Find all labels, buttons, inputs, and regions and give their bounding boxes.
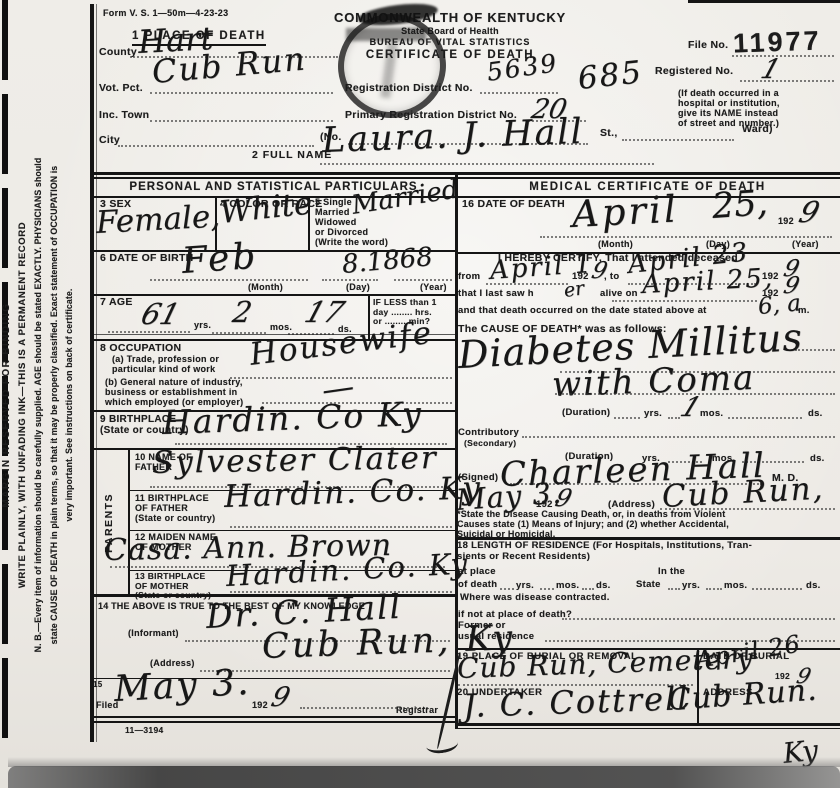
parents-cell-divider [128,448,130,594]
filed-year-printed: 192 [252,700,268,710]
date-of-death-line [540,236,832,238]
duration-line [728,417,802,419]
registered-no-line [740,80,834,82]
date-of-birth-label: 6 DATE OF BIRTH [100,253,194,265]
filed-date-value: May 3. [113,665,251,708]
attended-to-label: , to [604,272,619,283]
last-saw-label: that I last saw h [458,289,534,300]
filed-year-digit: 9 [268,684,292,711]
duration-mos-caption: mos. [700,409,723,420]
last-saw-er: er [563,279,586,301]
occupation-label: 8 OCCUPATION [100,343,181,355]
full-name-line [320,163,654,165]
double-rule-bottom [92,177,840,179]
at-place-label: at place [458,567,496,578]
dob-line [150,279,308,281]
margin-nb-note-line2: state CAUSE OF DEATH in plain terms, so … [50,166,60,645]
death-occurred-label: and that death occurred on the date stat… [458,306,707,317]
undertaker-value: J. C. Cottrell [462,682,690,722]
death-certificate-scan: MARGIN RESERVED FOR BINDING WRITE PLAINL… [0,0,840,788]
attended-from-label: from [458,272,480,283]
usual-residence-label: usual residence [458,632,534,643]
residence-line [752,588,802,590]
age-label: 7 AGE [100,297,133,309]
residence-line [500,588,514,590]
age-line [108,331,190,333]
residence-ds-caption: ds. [596,581,611,592]
registrar-label: Registrar [396,705,438,715]
registration-district-label: Registration District No. [345,83,473,95]
inc-town-label: Inc. Town [99,110,149,122]
contributory-line [522,436,835,438]
father-birthplace-label: 11 BIRTHPLACE OF FATHER (State or countr… [135,493,215,523]
registrar-signature-hook [425,734,459,755]
cause-footnote: *State the Disease Causing Death, or, in… [457,509,729,539]
street-label: St., [600,128,618,140]
dob-line [322,279,378,281]
death-day-value: 25, [711,186,769,225]
form-number: Form V. S. 1—50m—4-23-23 [103,8,228,18]
if-not-line [562,618,835,620]
city-label: City [99,135,120,147]
residence-mos-caption: mos. [556,581,579,592]
row-rule [92,294,455,296]
last-saw-line [612,300,757,302]
commonwealth-title: COMMONWEALTH OF KENTUCKY [300,11,600,26]
year-caption: (Year) [420,282,447,292]
document-left-border [90,4,94,742]
year-caption: (Year) [792,239,819,249]
residence-state-yrs-caption: yrs. [682,581,700,592]
in-the-label: In the [658,567,685,578]
vot-pct-label: Vot. Pct. [99,83,143,95]
death-month-value: April [571,190,680,233]
bottom-double-rule [92,721,455,723]
informant-label: (Informant) [128,628,179,638]
registration-district-extra-value: 685 [576,57,644,95]
inc-town-line [150,120,333,122]
father-birthplace-line [230,526,452,528]
death-year-digit: 9 [796,198,823,227]
margin-write-plainly-note: WRITE PLAINLY, WITH UNFADING INK—THIS IS… [18,222,29,588]
of-death-label: of death [458,580,497,591]
undertaker-address-value: Cub Run. [667,676,819,716]
residence-line [668,588,680,590]
board-of-health-title: State Board of Health [300,26,600,36]
scan-edge-band [8,766,840,788]
mos-caption: mos. [270,322,292,332]
duration-line [614,417,640,419]
bottom-heavy-rule [455,723,840,726]
residence-line [582,588,594,590]
bottom-heavy-rule [455,728,840,729]
day-caption: (Day) [346,282,370,292]
bottom-double-rule [92,716,455,718]
duration-yrs-caption: yrs. [644,409,662,420]
full-name-label: 2 FULL NAME [252,150,332,162]
double-rule-top [92,172,840,175]
where-contracted-label: Where was disease contracted. [460,593,610,604]
dob-day-year-value: 8.1868 [341,244,434,278]
cause-of-death-line2: with Coma [551,361,755,402]
full-name-value: Laura. J. Hall [321,115,584,159]
month-caption: (Month) [598,239,633,249]
margin-nb-note-line1: N. B.—Every item of information should b… [34,158,44,653]
duration-ds-caption: ds. [808,409,823,420]
top-right-edge-line [688,0,840,3]
residence-state-label: State [636,580,661,591]
city-line [118,145,314,147]
month-caption: (Month) [248,282,283,292]
file-no-label: File No. [688,40,728,52]
attended-from-line [486,283,568,285]
color-race-value: White [218,188,313,229]
yrs-caption: yrs. [194,320,211,330]
secondary-label: (Secondary) [464,439,516,449]
residence-line [706,588,722,590]
registered-no-label: Registered No. [655,66,733,78]
residence-line [540,588,554,590]
street-line [622,139,734,141]
age-years-value: 61 [138,300,183,329]
father-birthplace-value: Hardin. Co. Ky [223,473,482,513]
residence-yrs-caption: yrs. [516,581,534,592]
residence-state-ds-caption: ds. [806,581,821,592]
occupation-a-label: (a) Trade, profession or particular kind… [112,354,219,374]
ward-label: Ward) [742,124,773,136]
age-days-value: 17 [301,298,347,327]
length-of-residence-label: 18 LENGTH OF RESIDENCE (For Hospitals, I… [457,541,752,562]
sex-value: Female, [95,202,221,239]
document-left-border-inner [96,4,97,742]
margin-nb-note-line3: very important. See instructions on back… [65,289,75,522]
signed-address-value: Cub Run, [661,474,825,513]
filed-item-number: 15 [93,681,103,690]
margin-binding-note: MARGIN RESERVED FOR BINDING [1,303,12,508]
death-year-printed: 192 [778,216,794,226]
date-of-burial-value: April 26 [694,632,802,672]
residence-state-mos-caption: mos. [724,581,747,592]
birthplace-value: Hardin. Co Ky [161,397,423,439]
dob-line [394,279,452,281]
alive-on-label: alive on [600,289,638,300]
age-months-value: 2 [230,298,254,327]
registered-no-value: 1 [758,56,784,83]
margin-text-block: MARGIN RESERVED FOR BINDING WRITE PLAINL… [1,45,75,765]
vot-pct-line [150,92,333,94]
dob-month-value: Feb [181,239,260,280]
duration2-ds-caption: ds. [810,454,825,465]
date-of-death-label: 16 DATE OF DEATH [462,199,565,211]
duration-label: (Duration) [562,408,610,419]
last-saw-date-value: April 25, [641,265,774,298]
plate-number: 11—3194 [125,726,164,736]
ink-smear [346,28,426,41]
